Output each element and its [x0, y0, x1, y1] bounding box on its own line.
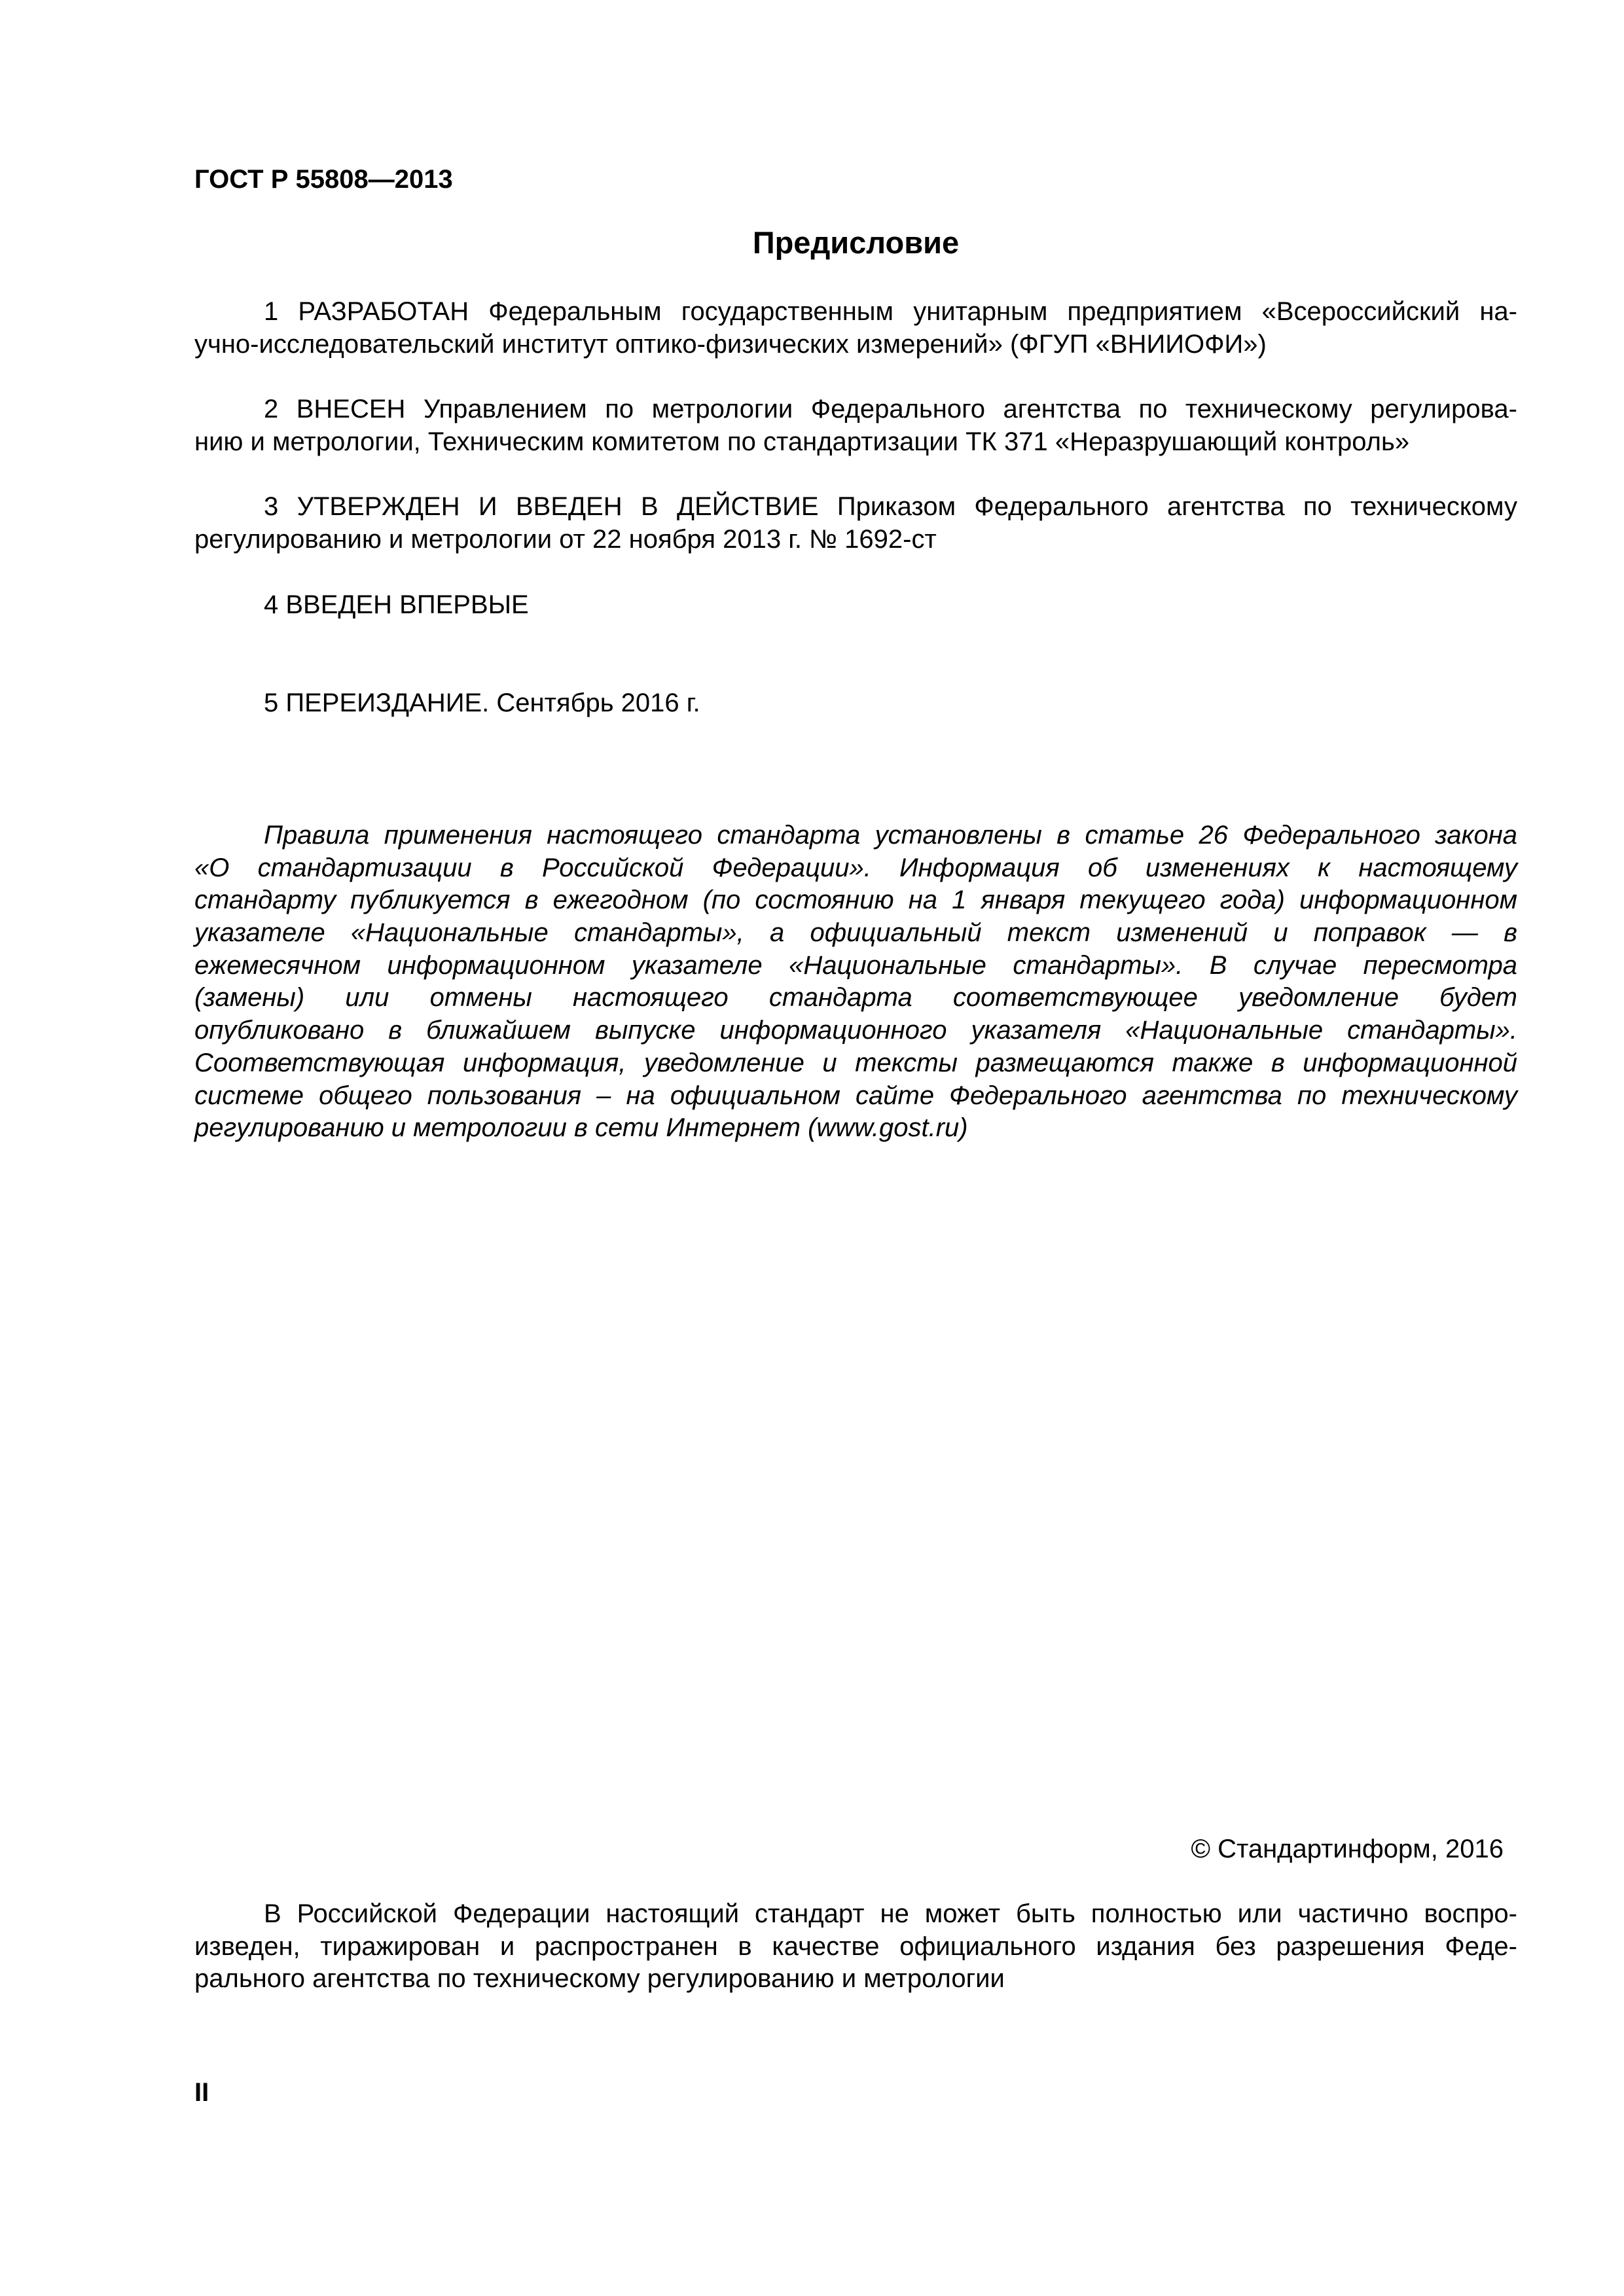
notice-line: ежемесячном информационном указателе «На… — [194, 950, 1517, 982]
foreword-item-2: 2 ВНЕСЕН Управлением по метрологии Федер… — [194, 393, 1517, 458]
restriction-line: В Российской Федерации настоящий стандар… — [194, 1898, 1517, 1931]
foreword-item-3: 3 УТВЕРЖДЕН И ВВЕДЕН В ДЕЙСТВИЕ Приказом… — [194, 491, 1517, 556]
notice-line: стандарту публикуется в ежегодном (по со… — [194, 884, 1517, 917]
foreword-item-4: 4 ВВЕДЕН ВПЕРВЫЕ — [194, 589, 1517, 622]
notice-line: указателе «Национальные стандарты», а оф… — [194, 917, 1517, 950]
notice-line: регулированию и метрологии в сети Интерн… — [194, 1112, 1517, 1145]
notice-line: Правила применения настоящего стандарта … — [194, 819, 1517, 852]
foreword-item-line: учно-исследовательский институт оптико-ф… — [194, 329, 1517, 361]
foreword-item-line: 4 ВВЕДЕН ВПЕРВЫЕ — [194, 589, 1517, 622]
standard-application-notice: Правила применения настоящего стандарта … — [194, 819, 1517, 1145]
foreword-item-line: 3 УТВЕРЖДЕН И ВВЕДЕН В ДЕЙСТВИЕ Приказом… — [194, 491, 1517, 524]
notice-line: (замены) или отмены настоящего стандарта… — [194, 982, 1517, 1014]
page-number: II — [194, 2076, 209, 2109]
foreword-item-line: 2 ВНЕСЕН Управлением по метрологии Федер… — [194, 393, 1517, 426]
foreword-item-line: нию и метрологии, Техническим комитетом … — [194, 426, 1517, 459]
reproduction-restriction: В Российской Федерации настоящий стандар… — [194, 1898, 1517, 1996]
foreword-item-5: 5 ПЕРЕИЗДАНИЕ. Сентябрь 2016 г. — [194, 687, 1517, 720]
notice-line: «О стандартизации в Российской Федерации… — [194, 852, 1517, 885]
foreword-item-line: регулированию и метрологии от 22 ноября … — [194, 524, 1517, 556]
copyright-notice: © Стандартинформ, 2016 — [194, 1833, 1504, 1865]
foreword-item-line: 5 ПЕРЕИЗДАНИЕ. Сентябрь 2016 г. — [194, 687, 1517, 720]
document-id: ГОСТ Р 55808—2013 — [194, 163, 1517, 196]
document-page: ГОСТ Р 55808—2013 Предисловие 1 РАЗРАБОТ… — [0, 0, 1624, 2296]
section-title: Предисловие — [194, 224, 1517, 261]
foreword-item-line: 1 РАЗРАБОТАН Федеральным государственным… — [194, 296, 1517, 329]
notice-line: системе общего пользования – на официаль… — [194, 1080, 1517, 1113]
notice-line: опубликовано в ближайшем выпуске информа… — [194, 1014, 1517, 1047]
restriction-line: рального агентства по техническому регул… — [194, 1963, 1517, 1996]
foreword-item-1: 1 РАЗРАБОТАН Федеральным государственным… — [194, 296, 1517, 361]
notice-line: Соответствующая информация, уведомление … — [194, 1047, 1517, 1080]
restriction-line: изведен, тиражирован и распространен в к… — [194, 1931, 1517, 1964]
